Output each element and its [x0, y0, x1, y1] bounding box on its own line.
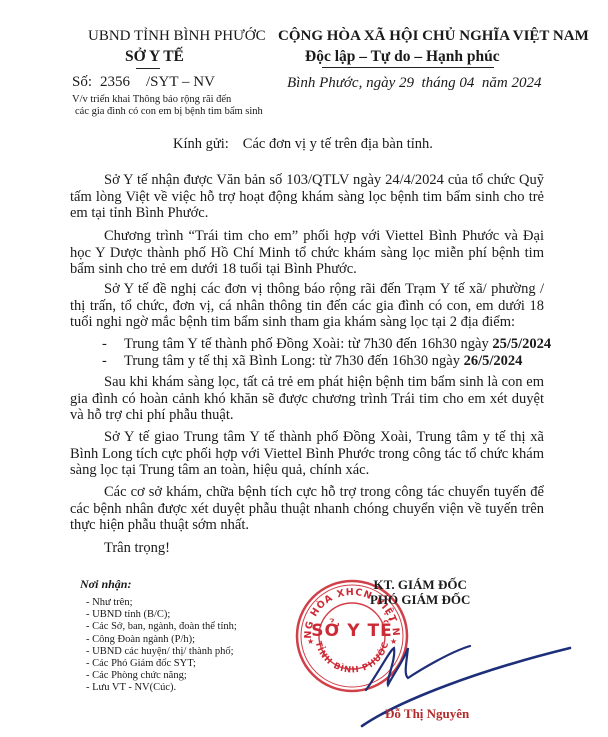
paragraph-text: Chương trình “Trái tim cho em” phối hợp …	[70, 228, 544, 277]
department-name: SỞ Y TẾ	[125, 48, 184, 66]
body-paragraph: Sở Y tế đề nghị các đơn vị thông báo rộn…	[70, 281, 544, 331]
receiver-item: - Lưu VT - NV(Cúc).	[86, 682, 237, 694]
number-code: /SYT – NV	[146, 74, 215, 90]
location-item: -Trung tâm Y tế thành phố Đồng Xoài: từ …	[70, 336, 551, 353]
receivers-title: Nơi nhận:	[80, 577, 131, 592]
location-item: -Trung tâm y tế thị xã Bình Long: từ 7h3…	[70, 353, 551, 370]
organization-name: UBND TỈNH BÌNH PHƯỚC	[88, 28, 266, 45]
department-underline	[136, 68, 160, 69]
body-paragraph: Sở Y tế nhận được Văn bản số 103/QTLV ng…	[70, 172, 544, 222]
document-subject: V/v triển khai Thông báo rộng rãi đến cá…	[72, 94, 263, 118]
receiver-item: - UBND các huyện/ thị/ thành phố;	[86, 646, 237, 658]
number-value: 2356	[100, 74, 130, 90]
paragraph-text: Các cơ sở khám, chữa bệnh tích cực hỗ tr…	[70, 484, 544, 533]
body-paragraph: Các cơ sở khám, chữa bệnh tích cực hỗ tr…	[70, 484, 544, 534]
document-number: Số:2356/SYT – NV	[72, 74, 215, 91]
location-text: Trung tâm y tế thị xã Bình Long: từ 7h30…	[124, 353, 464, 369]
nation-title: CỘNG HÒA XÃ HỘI CHỦ NGHĨA VIỆT NAM	[278, 28, 589, 45]
signer-name: Đỗ Thị Nguyên	[385, 706, 469, 722]
recipient-value: Các đơn vị y tế trên địa bàn tỉnh.	[243, 136, 433, 152]
closing-phrase: Trân trọng!	[104, 540, 170, 557]
bullet-dash: -	[70, 353, 124, 370]
receivers-list: - Như trên; - UBND tỉnh (B/C); - Các Sở,…	[86, 597, 237, 695]
recipient-label: Kính gửi:	[173, 136, 229, 152]
location-date: 25/5/2024	[492, 336, 551, 352]
body-paragraph: Sở Y tế giao Trung tâm Y tế thành phố Đồ…	[70, 429, 544, 479]
receiver-item: - Công Đoàn ngành (P/h);	[86, 634, 237, 646]
signature-title: KT. GIÁM ĐỐC PHÓ GIÁM ĐỐC	[370, 577, 470, 607]
receiver-item: - Như trên;	[86, 597, 237, 609]
location-text: Trung tâm Y tế thành phố Đồng Xoài: từ 7…	[124, 336, 492, 352]
receiver-item: - UBND tỉnh (B/C);	[86, 609, 237, 621]
location-date: 26/5/2024	[464, 353, 523, 369]
receiver-item: - Các Phó Giám đốc SYT;	[86, 658, 237, 670]
paragraph-text: Sở Y tế giao Trung tâm Y tế thành phố Đồ…	[70, 429, 544, 478]
body-paragraph: Sau khi khám sàng lọc, tất cả trẻ em phá…	[70, 374, 544, 424]
paragraph-text: Sau khi khám sàng lọc, tất cả trẻ em phá…	[70, 374, 544, 423]
subject-line: các gia đình có con em bị bệnh tim bẩm s…	[72, 106, 263, 118]
receiver-item: - Các Phòng chức năng;	[86, 670, 237, 682]
motto-underline	[322, 67, 494, 68]
body-paragraph: Chương trình “Trái tim cho em” phối hợp …	[70, 228, 544, 278]
place-date: Bình Phước, ngày 29 tháng 04 năm 2024	[287, 75, 542, 92]
signature-title-line: PHÓ GIÁM ĐỐC	[370, 592, 470, 607]
bullet-dash: -	[70, 336, 124, 353]
paragraph-text: Sở Y tế đề nghị các đơn vị thông báo rộn…	[70, 281, 544, 330]
nation-motto: Độc lập – Tự do – Hạnh phúc	[305, 48, 500, 66]
receiver-item: - Các Sở, ban, ngành, đoàn thể tỉnh;	[86, 621, 237, 633]
subject-line: V/v triển khai Thông báo rộng rãi đến	[72, 94, 263, 106]
recipient: Kính gửi:Các đơn vị y tế trên địa bàn tỉ…	[173, 136, 433, 153]
paragraph-text: Sở Y tế nhận được Văn bản số 103/QTLV ng…	[70, 172, 544, 221]
location-list: -Trung tâm Y tế thành phố Đồng Xoài: từ …	[70, 336, 551, 370]
number-label: Số:	[72, 74, 92, 90]
signature-title-line: KT. GIÁM ĐỐC	[370, 577, 470, 592]
